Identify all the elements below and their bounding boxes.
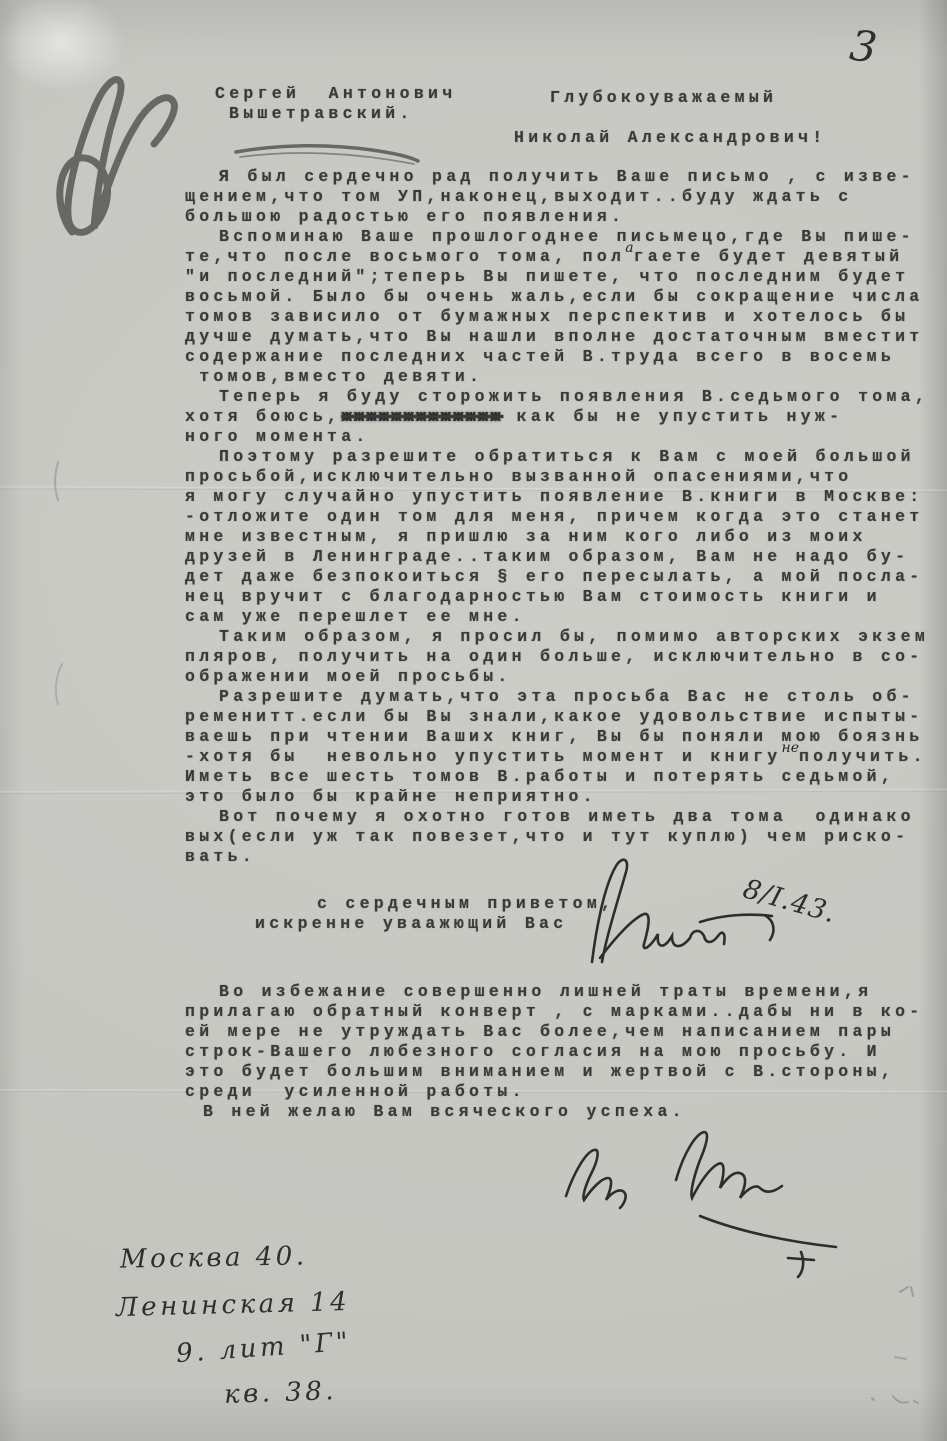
typed-line: мне известным, я пришлю за ним кого либо… xyxy=(185,527,945,547)
typed-line: дет даже безпокоиться § его пересылать, … xyxy=(185,567,945,587)
typed-text: вых(если уж так повезет,что и тут куплю)… xyxy=(185,827,909,846)
pencil-smudge xyxy=(895,1357,906,1359)
typed-line: друзей в Ленинграде..таким образом, Вам … xyxy=(185,547,945,567)
typed-text: В ней желаю Вам всяческого успеха. xyxy=(203,1102,686,1121)
typed-strikeout: жжжжжжжжжжжжж xyxy=(341,407,502,426)
typed-text: содержание последних частей В.труда всег… xyxy=(185,347,895,366)
typed-line: строк-Вашего любезного согласия на мою п… xyxy=(185,1042,945,1062)
signature-bottom xyxy=(566,1132,836,1277)
typed-line: пляров, получить на один больше, исключи… xyxy=(185,647,945,667)
typed-text: вать. xyxy=(185,847,256,866)
typed-text: строк-Вашего любезного согласия на мою п… xyxy=(185,1042,881,1061)
typed-text: Вспоминаю Ваше прошлогоднее письмецо,где… xyxy=(219,227,915,246)
typed-line: вать. xyxy=(185,847,945,867)
typed-line: Во избежание совершенно лишней траты вре… xyxy=(185,982,945,1002)
typed-line: большою радостью его появления. xyxy=(185,207,945,227)
pencil-scrawl-number xyxy=(60,79,175,232)
scanned-letter-page: 3 Сергей Антонович Вышетравский. Глубоко… xyxy=(0,0,947,1441)
typed-line: прилагаю обратный конверт , с марками..д… xyxy=(185,1002,945,1022)
typed-text: ваешь при чтении Ваших книг, Вы бы понял… xyxy=(185,727,923,746)
handwritten-insertion: а xyxy=(625,240,633,256)
pencil-margin-mark xyxy=(55,462,58,500)
typed-text: сам уже перешлет ее мне. xyxy=(185,607,526,626)
typed-line: ременитт.если бы Вы знали,какое удовольс… xyxy=(185,707,945,727)
typed-line: ей мере не утруждать Вас более,чем напис… xyxy=(185,1022,945,1042)
typed-text: как бы не упустить нуж- xyxy=(502,407,843,426)
typed-line: среди усиленной работы. xyxy=(185,1082,945,1102)
pencil-smudge xyxy=(872,1396,918,1403)
typed-text: ременитт.если бы Вы знали,какое удовольс… xyxy=(185,707,923,726)
typed-line: просьбой,исключительно вызванной опасени… xyxy=(185,467,945,487)
typed-line: ображении моей просьбы. xyxy=(185,667,945,687)
typed-text: Разрешите думать,что эта просьба Вас не … xyxy=(219,687,915,706)
typed-text: это было бы крайне неприятно. xyxy=(185,787,597,806)
typed-text: -отложите один том для меня, причем когд… xyxy=(185,507,923,526)
typed-text: Я был сердечно рад получить Ваше письмо … xyxy=(219,167,915,186)
letter-closing: с сердечным приветом, искренне уваажющий… xyxy=(185,894,615,934)
typed-line: я могу случайно упустить появление В.кни… xyxy=(185,487,945,507)
page-number: 3 xyxy=(847,21,880,73)
typed-line: содержание последних частей В.труда всег… xyxy=(185,347,945,367)
typed-paragraph: Вот почему я охотно готов иметь два тома… xyxy=(185,807,945,867)
typed-line: Я был сердечно рад получить Ваше письмо … xyxy=(185,167,945,187)
typed-text: Теперь я буду сторожить появления В.седь… xyxy=(219,387,929,406)
handwritten-insertion: не xyxy=(781,740,799,756)
typed-text: мне известным, я пришлю за ним кого либо… xyxy=(185,527,867,546)
typed-line: -хотя бы невольно упустить момент и книг… xyxy=(185,747,945,767)
typed-line: восьмой. Было бы очень жаль,если бы сокр… xyxy=(185,287,945,307)
typed-line: сам уже перешлет ее мне. xyxy=(185,607,945,627)
typed-text: получить. xyxy=(799,747,927,766)
address-building: 9. лит "Г" xyxy=(175,1327,352,1369)
address-street: Ленинская 14 xyxy=(116,1287,351,1323)
typed-text: прилагаю обратный конверт , с марками..д… xyxy=(185,1002,923,1021)
typed-line: это было бы крайне неприятно. xyxy=(185,787,945,807)
pencil-smudge xyxy=(900,1287,913,1296)
typed-line: "и последний";теперь Вы пишете, что посл… xyxy=(185,267,945,287)
typed-line: это будет большим вниманием и жертвой с … xyxy=(185,1062,945,1082)
typed-line: те,что после восьмого тома, полагаете бу… xyxy=(185,247,945,267)
typed-text: Поэтому разрешите обратиться к Вам с мое… xyxy=(219,447,915,466)
typed-text: щением,что том УП,наконец,выходит..буду … xyxy=(185,187,852,206)
typed-line: Иметь все шесть томов В.работы и потерят… xyxy=(185,767,945,787)
address-apartment: кв. 38. xyxy=(224,1376,338,1410)
typed-text: друзей в Ленинграде..таким образом, Вам … xyxy=(185,547,909,566)
closing-line: искренне уваажющий Вас xyxy=(255,914,615,934)
handwritten-date: 8/I.43. xyxy=(740,873,840,929)
letter-postscript: Во избежание совершенно лишней траты вре… xyxy=(185,982,945,1122)
letter-body: Я был сердечно рад получить Ваше письмо … xyxy=(185,167,945,867)
typed-text: среди усиленной работы. xyxy=(185,1082,526,1101)
typed-paragraph: В ней желаю Вам всяческого успеха. xyxy=(185,1102,945,1122)
typed-line: Вспоминаю Ваше прошлогоднее письмецо,где… xyxy=(185,227,945,247)
typed-line: нец вручит с благодарностью Вам стоимост… xyxy=(185,587,945,607)
typed-line: Теперь я буду сторожить появления В.седь… xyxy=(185,387,945,407)
typed-text: те,что после восьмого тома, пол xyxy=(185,247,625,266)
typed-text: томов зависило от бумажных перспектив и … xyxy=(185,307,909,326)
typed-text: пляров, получить на один больше, исключи… xyxy=(185,647,923,666)
pencil-underline xyxy=(240,153,414,164)
typed-text: я могу случайно упустить появление В.кни… xyxy=(185,487,923,506)
typed-paragraph: Поэтому разрешите обратиться к Вам с мое… xyxy=(185,447,945,627)
typed-text: ей мере не утруждать Вас более,чем напис… xyxy=(185,1022,895,1041)
typed-line: ного момента. xyxy=(185,427,945,447)
typed-text: большою радостью его появления. xyxy=(185,207,625,226)
typed-paragraph: Во избежание совершенно лишней траты вре… xyxy=(185,982,945,1102)
typed-text: дет даже безпокоиться § его пересылать, … xyxy=(185,567,923,586)
typed-text: томов,вместо девяти. xyxy=(185,367,483,386)
typed-text: Таким образом, я просил бы, помимо автор… xyxy=(219,627,929,646)
typed-line: дучше думать,что Вы нашли вполне достато… xyxy=(185,327,945,347)
typed-line: томов зависило от бумажных перспектив и … xyxy=(185,307,945,327)
address-city: Москва 40. xyxy=(120,1241,308,1274)
typed-line: хотя боюсь,жжжжжжжжжжжжж как бы не упуст… xyxy=(185,407,945,427)
typed-text: "и последний";теперь Вы пишете, что посл… xyxy=(185,267,909,286)
typed-text: Вот почему я охотно готов иметь два тома… xyxy=(219,807,915,826)
typed-text: хотя боюсь, xyxy=(185,407,341,426)
typed-text: восьмой. Было бы очень жаль,если бы сокр… xyxy=(185,287,923,306)
sender-line: Вышетравский. xyxy=(229,104,456,124)
typed-line: -отложите один том для меня, причем когд… xyxy=(185,507,945,527)
typed-line: томов,вместо девяти. xyxy=(185,367,945,387)
closing-line: с сердечным приветом, xyxy=(317,894,615,914)
typed-line: Разрешите думать,что эта просьба Вас не … xyxy=(185,687,945,707)
sender-name-block: Сергей Антонович Вышетравский. xyxy=(215,84,456,124)
typed-text: Иметь все шесть томов В.работы и потерят… xyxy=(185,767,895,786)
typed-paragraph: Теперь я буду сторожить появления В.седь… xyxy=(185,387,945,447)
typed-text: ображении моей просьбы. xyxy=(185,667,512,686)
typed-paragraph: Я был сердечно рад получить Ваше письмо … xyxy=(185,167,945,227)
typed-line: щением,что том УП,наконец,выходит..буду … xyxy=(185,187,945,207)
signature-middle xyxy=(592,860,773,962)
typed-text: это будет большим вниманием и жертвой с … xyxy=(185,1062,895,1081)
sender-line: Сергей Антонович xyxy=(215,84,456,104)
salutation-line2: Николай Александрович! xyxy=(514,128,826,148)
pencil-underline xyxy=(236,146,418,161)
typed-text: гаете будет девятый xyxy=(634,247,904,266)
typed-paragraph: Вспоминаю Ваше прошлогоднее письмецо,где… xyxy=(185,227,945,387)
typed-paragraph: Разрешите думать,что эта просьба Вас не … xyxy=(185,687,945,807)
typed-line: Вот почему я охотно готов иметь два тома… xyxy=(185,807,945,827)
typed-text: нец вручит с благодарностью Вам стоимост… xyxy=(185,587,881,606)
typed-text: -хотя бы невольно упустить момент и книг… xyxy=(185,747,781,766)
typed-line: Таким образом, я просил бы, помимо автор… xyxy=(185,627,945,647)
pencil-margin-mark xyxy=(56,664,62,704)
typed-line: Поэтому разрешите обратиться к Вам с мое… xyxy=(185,447,945,467)
typed-text: ного момента. xyxy=(185,427,370,446)
typed-line: В ней желаю Вам всяческого успеха. xyxy=(185,1102,945,1122)
typed-text: просьбой,исключительно вызванной опасени… xyxy=(185,467,852,486)
typed-line: ваешь при чтении Ваших книг, Вы бы понял… xyxy=(185,727,945,747)
typed-line: вых(если уж так повезет,что и тут куплю)… xyxy=(185,827,945,847)
salutation-line1: Глубокоуважаемый xyxy=(550,88,777,108)
typed-text: дучше думать,что Вы нашли вполне достато… xyxy=(185,327,923,346)
typed-paragraph: Таким образом, я просил бы, помимо автор… xyxy=(185,627,945,687)
typed-text: Во избежание совершенно лишней траты вре… xyxy=(219,982,872,1001)
